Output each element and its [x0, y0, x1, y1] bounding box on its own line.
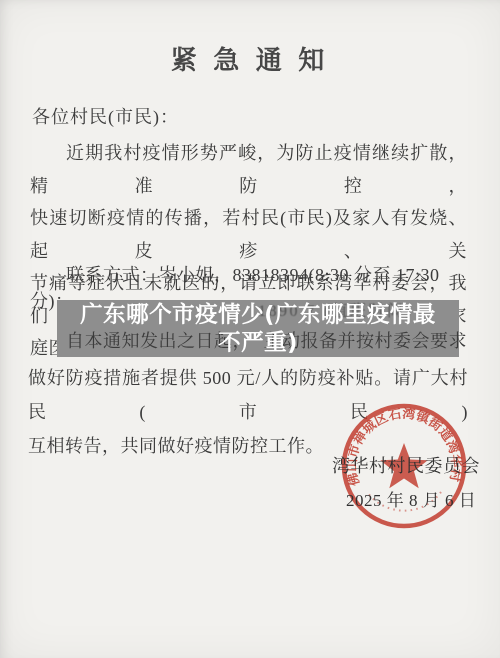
notice-title: 紧 急 通 知: [0, 40, 500, 77]
watermark-caption-line2: 不严重): [218, 329, 298, 357]
paragraph-line: 快速切断疫情的传播，若村民(市民)及家人有发烧、起皮疹、关: [30, 202, 467, 267]
scanned-notice-page: 紧 急 通 知 各位村民(市民)： 近期我村疫情形势严峻，为防止疫情继续扩散，精…: [0, 0, 500, 658]
issue-date: 2025 年 8 月 6 日: [346, 486, 476, 511]
issuer-signature: 湾华村村民委员会: [332, 452, 480, 478]
salutation: 各位村民(市民)：: [32, 103, 179, 129]
paragraph-line: 近期我村疫情形势严峻，为防止疫情继续扩散，精准防控，: [30, 137, 467, 202]
watermark-caption-line1: 广东哪个市疫情少(广东哪里疫情最: [80, 301, 436, 329]
watermark-caption: 广东哪个市疫情少(广东哪里疫情最 不严重): [57, 300, 459, 357]
